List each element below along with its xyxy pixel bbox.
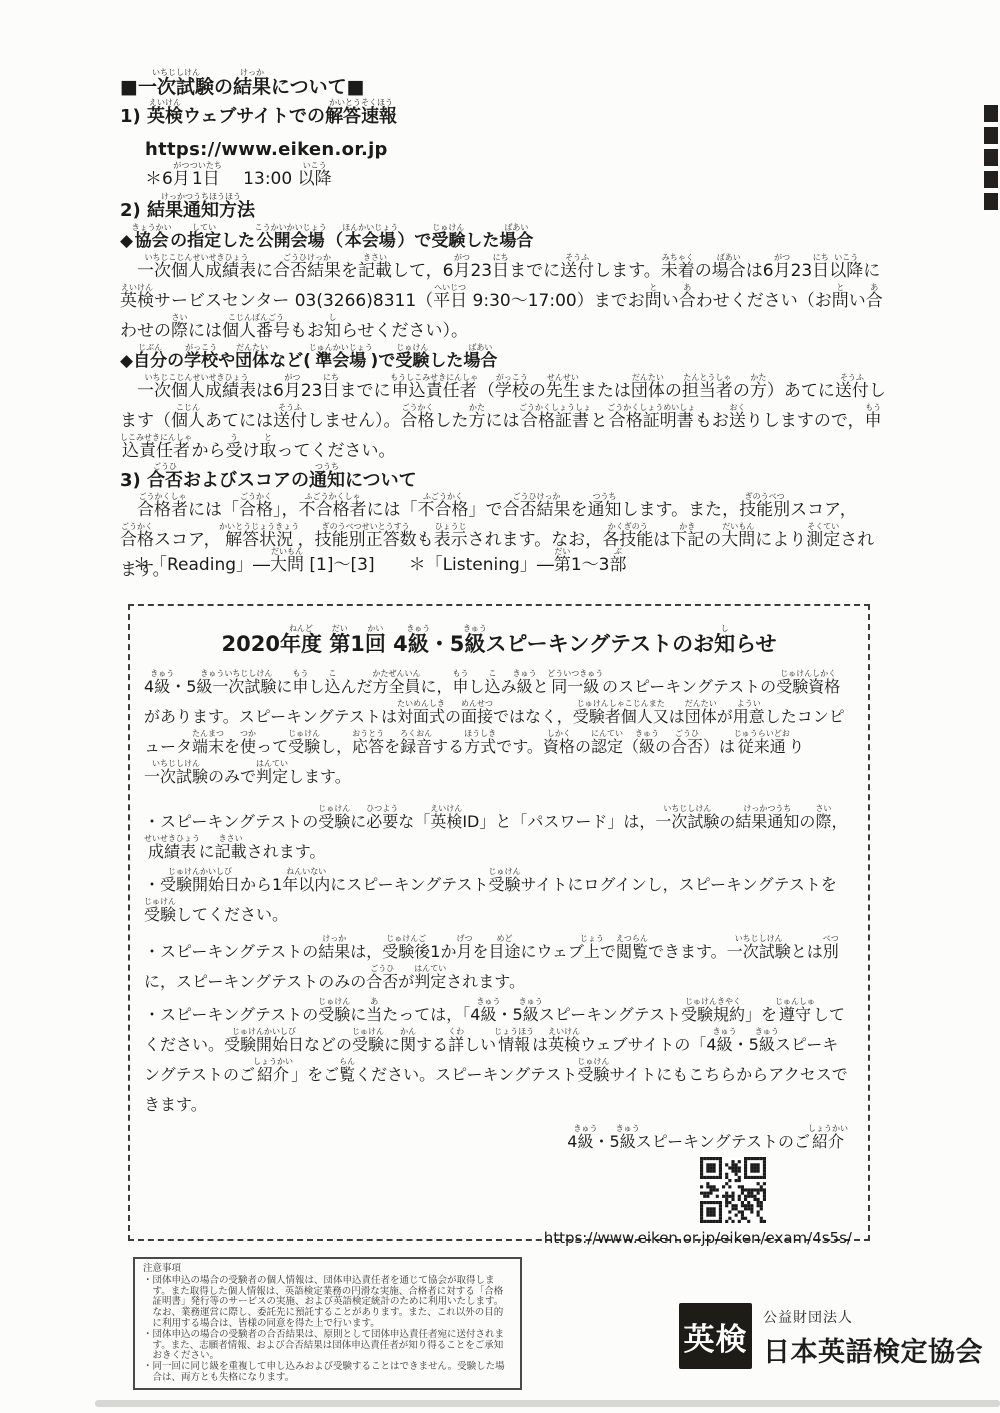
registration-marks: [984, 105, 1000, 215]
notes-title: 注意事項: [143, 1264, 512, 1275]
note-item: ・団体申込の場合の受験者の個人情報は、団体申込責任者を通じて協会が取得します。ま…: [143, 1276, 512, 1330]
eiken-logo: 英検 公益財団法人 日本英語検定協会: [679, 1303, 983, 1369]
public-venue-body: 一次個人成績表いちじこじんせいせきひょうに合否結果ごうひけっかを記載きさいして，…: [120, 253, 888, 346]
web-answers-item: 1) 英検えいけんウェブサイトでの解答速報かいとうそくほう: [120, 98, 888, 132]
registration-mark-square: [984, 193, 998, 210]
logo-org-name: 日本英語検定協会: [763, 1330, 983, 1369]
speaking-bullet: ・スピーキングテストの受験じゅけんに必要ひつような「英検えいけんID」と「パスワ…: [144, 804, 854, 867]
registration-mark-square: [984, 127, 998, 144]
skills-measure-note: ＊「Reading」―大問だいもん [1]～[3] ＊「Listening」―第…: [133, 547, 901, 580]
school-venue-body: 一次個人成績表いちじこじんせいせきひょうは6月がつ23日にちまでに申込責任者もう…: [120, 373, 888, 466]
score-notice-item: 3) 合否ごうひおよびスコアの通知つうちについて: [120, 462, 888, 496]
registration-mark-square: [984, 149, 998, 166]
speaking-test-intro: 4級きゅう・5級一次試験きゅういちじしけんに申もうし込こんだ方全員かたぜんいんに…: [144, 669, 854, 792]
qr-caption: 4級きゅう・5級きゅうスピーキングテストのご紹介しょうかい: [144, 1124, 854, 1155]
registration-mark-square: [984, 171, 998, 188]
qr-url: https://www.eiken.or.jp/eiken/exam/4s5s/: [144, 1227, 854, 1249]
speaking-test-box: 2020年度ねんど 第だい1回かい 4級きゅう・5級きゅうスピーキングテストのお…: [128, 604, 870, 1241]
eiken-logo-text: 公益財団法人 日本英語検定協会: [763, 1303, 983, 1369]
results-section-heading: ■一次試験いちじしけんの結果けっかについて■: [120, 68, 888, 102]
speaking-bullet: ・スピーキングテストの受験じゅけんに当あたっては，「4級きゅう・5級きゅうスピー…: [144, 997, 854, 1120]
release-date-note: ＊6月がつ1日ついたち 13:00 以降いこう: [145, 161, 913, 194]
speaking-bullet: ・スピーキングテストの結果けっかは，受験後じゅけんご1か月げつを目途めどにウェブ…: [144, 934, 854, 997]
document-page: ■一次試験いちじしけんの結果けっかについて■ 1) 英検えいけんウェブサイトでの…: [0, 0, 1000, 1413]
school-venue-heading: ◆自分じぶんの学校がっこうや団体だんたいなど(準会場じゅんかいじょう)で受験じゅ…: [120, 343, 888, 376]
notification-method-item: 2) 結果通知方法けっかつうちほうほう: [120, 192, 888, 226]
logo-org-type: 公益財団法人: [763, 1307, 983, 1327]
speaking-bullet: ・受験開始日じゅけんかいしびから1年以内ねんいないにスピーキングテスト受験じゅけ…: [144, 867, 854, 930]
qr-code: [700, 1157, 766, 1223]
speaking-test-title: 2020年度ねんど 第だい1回かい 4級きゅう・5級きゅうスピーキングテストのお…: [144, 624, 854, 661]
registration-mark-square: [984, 105, 998, 122]
note-item: ・同一回に同じ級を重複して申し込みおよび受験することはできません。受験した場合は…: [143, 1362, 512, 1384]
note-item: ・団体申込の場合の受験者の合否結果は、原則として団体申込責任者宛に送付されます。…: [143, 1330, 512, 1362]
notes-box: 注意事項 ・団体申込の場合の受験者の個人情報は、団体申込責任者を通じて協会が取得…: [133, 1257, 522, 1390]
eiken-logo-mark: 英検: [679, 1303, 752, 1369]
eiken-url: https://www.eiken.or.jp: [145, 139, 913, 161]
public-venue-heading: ◆協会きょうかいの指定していした公開会場こうかいかいじょう（本会場ほんかいじょう…: [120, 223, 888, 256]
scan-artifact: [95, 1400, 1000, 1407]
